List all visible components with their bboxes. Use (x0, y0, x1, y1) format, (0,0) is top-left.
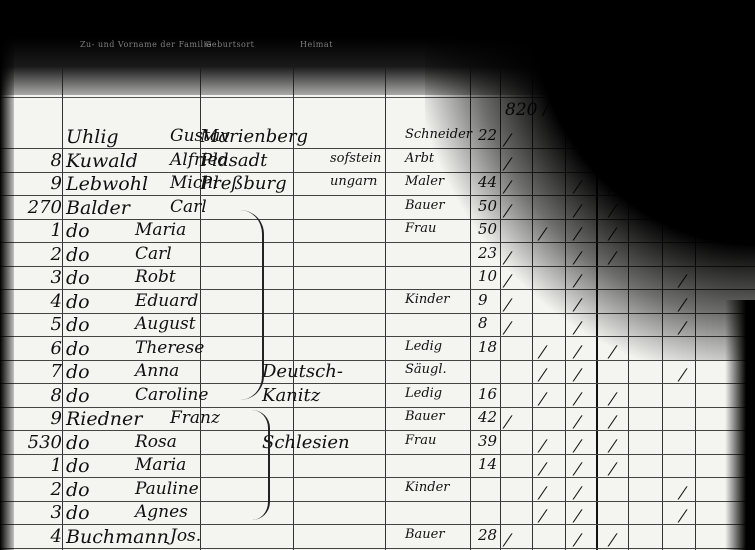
surname: do (66, 269, 90, 288)
row-rule (0, 477, 755, 478)
row-rule (0, 548, 755, 549)
row-number: 270 (12, 199, 62, 217)
row-number: 3 (12, 504, 62, 522)
row-number: 1 (12, 222, 62, 240)
surname: Buchmann (66, 528, 169, 547)
given-name: Pauline (135, 481, 199, 498)
given-name: Jos. (170, 528, 201, 545)
occupation: Bauer (405, 528, 445, 541)
row-rule (0, 430, 755, 431)
row-number: 9 (12, 410, 62, 428)
scan-shadow-left (0, 0, 14, 550)
row-number: 8 (12, 387, 62, 405)
register-row: 2doPaulineKinder/// (0, 481, 755, 505)
surname: do (66, 293, 90, 312)
given-name: August (135, 316, 196, 333)
tally-mark: / (502, 412, 514, 431)
census-page-scan: UhligGustavMarienbergSchneider22/8Kuwald… (0, 0, 755, 550)
tally-mark: / (572, 365, 584, 384)
surname: do (66, 481, 90, 500)
tally-mark: / (607, 412, 619, 431)
register-row: 9RiednerFranzBauer42/// (0, 410, 755, 434)
homeland: ungarn (330, 175, 377, 188)
surname: do (66, 316, 90, 335)
tally-mark: / (502, 530, 514, 549)
tally-mark: / (572, 436, 584, 455)
tally-mark: / (607, 530, 619, 549)
surname: do (66, 457, 90, 476)
surname: Riedner (66, 410, 142, 429)
row-number: 2 (12, 246, 62, 264)
tally-mark: / (572, 459, 584, 478)
birthplace: Kanitz (262, 387, 320, 405)
row-number: 8 (12, 152, 62, 170)
family-brace (240, 210, 264, 400)
given-name: Franz (170, 410, 220, 427)
tally-mark: / (607, 389, 619, 408)
row-number: 1 (12, 457, 62, 475)
age: 14 (478, 457, 497, 472)
family-brace (252, 410, 270, 520)
row-rule (0, 524, 755, 525)
occupation: Bauer (405, 410, 445, 423)
tally-mark: / (537, 436, 549, 455)
given-name: Therese (135, 340, 204, 357)
tally-mark: / (537, 483, 549, 502)
tally-mark: / (677, 506, 689, 525)
row-number: 2 (12, 481, 62, 499)
row-rule (0, 383, 755, 384)
age: 28 (478, 528, 497, 543)
row-rule (0, 501, 755, 502)
surname: Balder (66, 199, 130, 218)
surname: Kuwald (66, 152, 138, 171)
row-number: 530 (12, 434, 62, 452)
header-text: Geburtsort (205, 40, 254, 49)
row-number: 6 (12, 340, 62, 358)
birthplace: Schlesien (262, 434, 350, 452)
given-name: Anna (135, 363, 179, 380)
tally-mark: / (572, 530, 584, 549)
scan-shadow-right (425, 0, 755, 360)
tally-mark: / (572, 389, 584, 408)
age: 39 (478, 434, 497, 449)
surname: Lebwohl (66, 175, 148, 194)
given-name: Rosa (135, 434, 177, 451)
occupation: Frau (405, 434, 436, 447)
register-row: 3doAgnes/// (0, 504, 755, 528)
row-rule (0, 454, 755, 455)
tally-mark: / (572, 506, 584, 525)
occupation: Ledig (405, 387, 442, 400)
surname: do (66, 340, 90, 359)
birthplace: Marienberg (200, 128, 308, 146)
row-number: 3 (12, 269, 62, 287)
header-text: Zu- und Vorname der Familie (80, 40, 212, 49)
tally-mark: / (537, 365, 549, 384)
scan-shadow-edge (725, 300, 755, 550)
given-name: Maria (135, 222, 186, 239)
tally-mark: / (537, 459, 549, 478)
surname: do (66, 246, 90, 265)
tally-mark: / (677, 365, 689, 384)
tally-mark: / (572, 412, 584, 431)
given-name: Caroline (135, 387, 208, 404)
tally-mark: / (607, 459, 619, 478)
register-row: 1doMaria14/// (0, 457, 755, 481)
given-name: Eduard (135, 293, 198, 310)
given-name: Agnes (135, 504, 188, 521)
register-row: 7doAnnaDeutsch-Säugl./// (0, 363, 755, 387)
age: 16 (478, 387, 497, 402)
tally-mark: / (537, 506, 549, 525)
tally-mark: / (572, 483, 584, 502)
birthplace: Deutsch- (262, 363, 343, 381)
given-name: Carl (135, 246, 172, 263)
register-row: 8doCarolineKanitzLedig16/// (0, 387, 755, 411)
row-number: 9 (12, 175, 62, 193)
age: 42 (478, 410, 497, 425)
surname: do (66, 363, 90, 382)
surname: Uhlig (66, 128, 119, 147)
row-number: 4 (12, 528, 62, 546)
register-row: 4BuchmannJos.Bauer28/// (0, 528, 755, 550)
row-number: 4 (12, 293, 62, 311)
surname: do (66, 387, 90, 406)
given-name: Carl (170, 199, 207, 216)
surname: do (66, 222, 90, 241)
birthplace: Preßburg (200, 175, 287, 193)
tally-mark: / (677, 483, 689, 502)
given-name: Maria (135, 457, 186, 474)
tally-mark: / (537, 389, 549, 408)
occupation: Kinder (405, 481, 449, 494)
row-number: 5 (12, 316, 62, 334)
surname: do (66, 434, 90, 453)
tally-mark: / (607, 436, 619, 455)
birthplace: Plasadt (200, 152, 267, 170)
row-number: 7 (12, 363, 62, 381)
register-row: 530doRosaSchlesienFrau39/// (0, 434, 755, 458)
surname: do (66, 504, 90, 523)
occupation: Säugl. (405, 363, 447, 376)
homeland: sofstein (330, 152, 381, 165)
header-text: Heimat (300, 40, 333, 49)
given-name: Robt (135, 269, 176, 286)
